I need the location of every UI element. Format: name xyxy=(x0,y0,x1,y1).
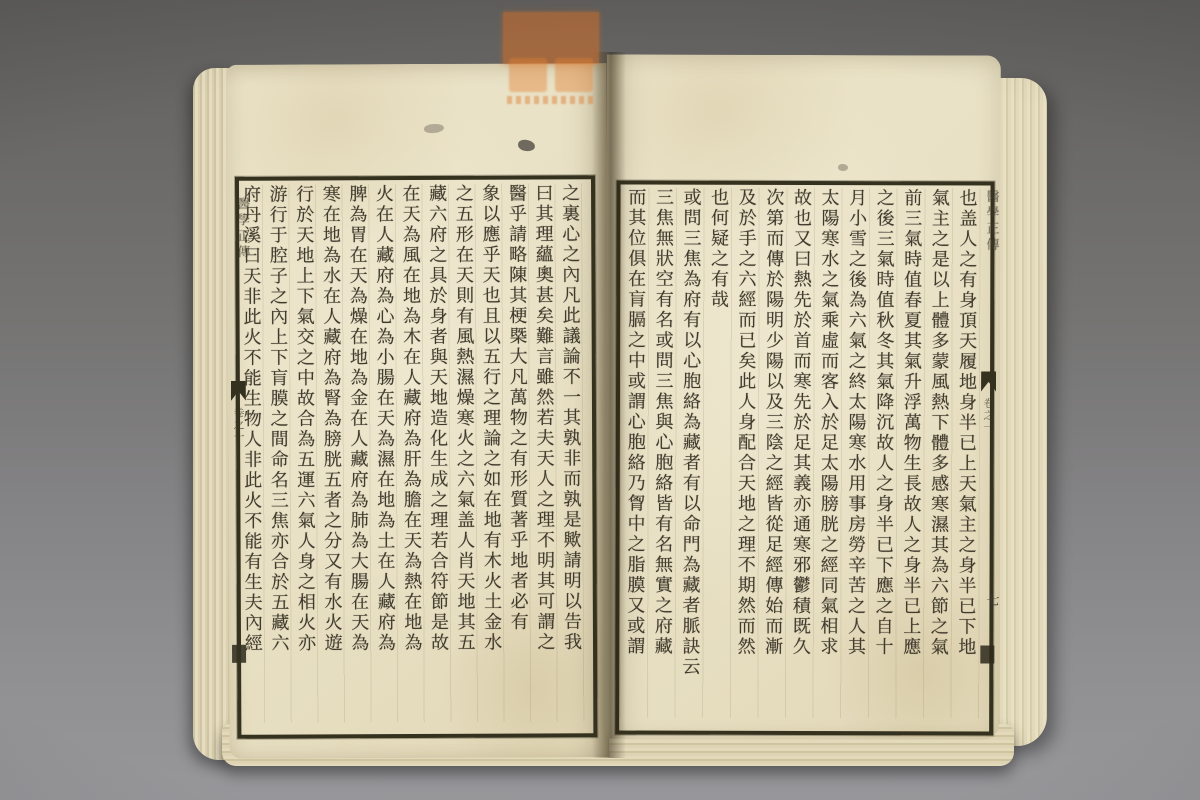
page-number: 七 xyxy=(981,593,1000,606)
text-column: 寒在地為水在人藏府為腎為膀胱五者之分又有水火遊 xyxy=(316,184,345,722)
text-column: 府丹溪曰天非此火不能生物人非此火不能有生夫內經 xyxy=(236,185,265,723)
text-column: 或問三焦為府有以心胞絡為藏者有以命門為藏者脈訣云 xyxy=(676,188,705,718)
text-column: 在天為風在地為木在人藏府為肝為膽在天為熱在地為 xyxy=(396,184,425,722)
text-column: 象以應乎天也且以五行之理論之如在地有木火土金水 xyxy=(476,184,505,722)
text-column: 氣主之是以上體多蒙風熱下體多感寒濕其為六節之氣 xyxy=(924,188,953,718)
photo-background: 醫學正傳 卷之一 之裏心之內凡此議論不一其孰非而孰是歟請明以告我曰其理蘊奧甚矣難… xyxy=(0,0,1200,800)
text-column: 之裏心之內凡此議論不一其孰非而孰是歟請明以告我 xyxy=(555,183,584,721)
text-column: 也盖人之有身頂天履地身半已上天氣主之身半已下地 xyxy=(952,188,981,718)
text-column: 脾為胃在天為燥在地為金在人藏府為肺為大腸在天為 xyxy=(343,184,372,722)
text-column: 行於天地上下氣交之中故合為五運六氣人身之相火亦 xyxy=(289,184,318,722)
book-page-right: 也盖人之有身頂天履地身半已上天氣主之身半已下地氣主之是以上體多蒙風熱下體多感寒濕… xyxy=(605,54,1001,739)
book-page-left: 醫學正傳 卷之一 之裏心之內凡此議論不一其孰非而孰是歟請明以告我曰其理蘊奧甚矣難… xyxy=(226,63,609,759)
text-column: 三焦無狀空有名或問三焦與心胞絡皆有名無實之府藏 xyxy=(648,188,677,718)
text-block-right: 也盖人之有身頂天履地身半已上天氣主之身半已下地氣主之是以上體多蒙風熱下體多感寒濕… xyxy=(619,188,980,719)
text-column: 之五形在天則有風熱濕燥寒火之六氣盖人肖天地其五 xyxy=(449,184,478,722)
text-column: 藏六府之具於身者與天地造化生成之理若合符節是故 xyxy=(422,184,451,722)
text-column: 也何疑之有哉 xyxy=(703,188,732,718)
text-column: 故也又曰熱先於首而寒先於足其義亦通寒邪鬱積既久 xyxy=(786,188,815,718)
text-column: 太陽寒水之氣乘虛而客入於足太陽膀胱之經同氣相求 xyxy=(814,188,843,718)
text-column: 曰其理蘊奧甚矣難言雖然若夫天人之理不明其可謂之 xyxy=(529,183,558,721)
watermark-seal-block xyxy=(503,12,599,64)
text-column: 次第而傳於陽明少陽以及三陰之經皆從足經傳始而漸 xyxy=(758,188,787,718)
book-gutter-shadow xyxy=(592,52,626,758)
ink-smudge xyxy=(838,164,848,171)
text-column: 月小雪之後為六氣之終太陽寒水用事房勞辛苦之人其 xyxy=(841,188,870,718)
banxin-ink-bar xyxy=(980,645,994,663)
text-column: 游行于腔子之內上下肓膜之間命名三焦亦合於五藏六 xyxy=(263,185,292,723)
page-stack-right-edge xyxy=(995,78,1047,746)
banxin-volume-right: 卷之一 xyxy=(980,397,996,433)
text-column: 火在人藏府為心為小腸在天為濕在地為土在人藏府為 xyxy=(369,184,398,722)
text-column: 醫乎請略陳其梗槩大凡萬物之有形質著乎地者必有 xyxy=(502,184,531,722)
folding-margin-right: 醫學正傳 卷之一 七 xyxy=(977,185,1000,725)
text-column: 及於手之六經而已矣此人身配合天地之理不期然而然 xyxy=(731,188,760,718)
text-column: 之後三氣時值秋冬其氣降沉故人之身半已下應之自十 xyxy=(869,188,898,718)
text-block-left: 之裏心之內凡此議論不一其孰非而孰是歟請明以告我曰其理蘊奧甚矣難言雖然若夫天人之理… xyxy=(242,183,584,722)
text-column: 前三氣時值春夏其氣升浮萬物生長故人之身半已上應 xyxy=(896,188,925,718)
